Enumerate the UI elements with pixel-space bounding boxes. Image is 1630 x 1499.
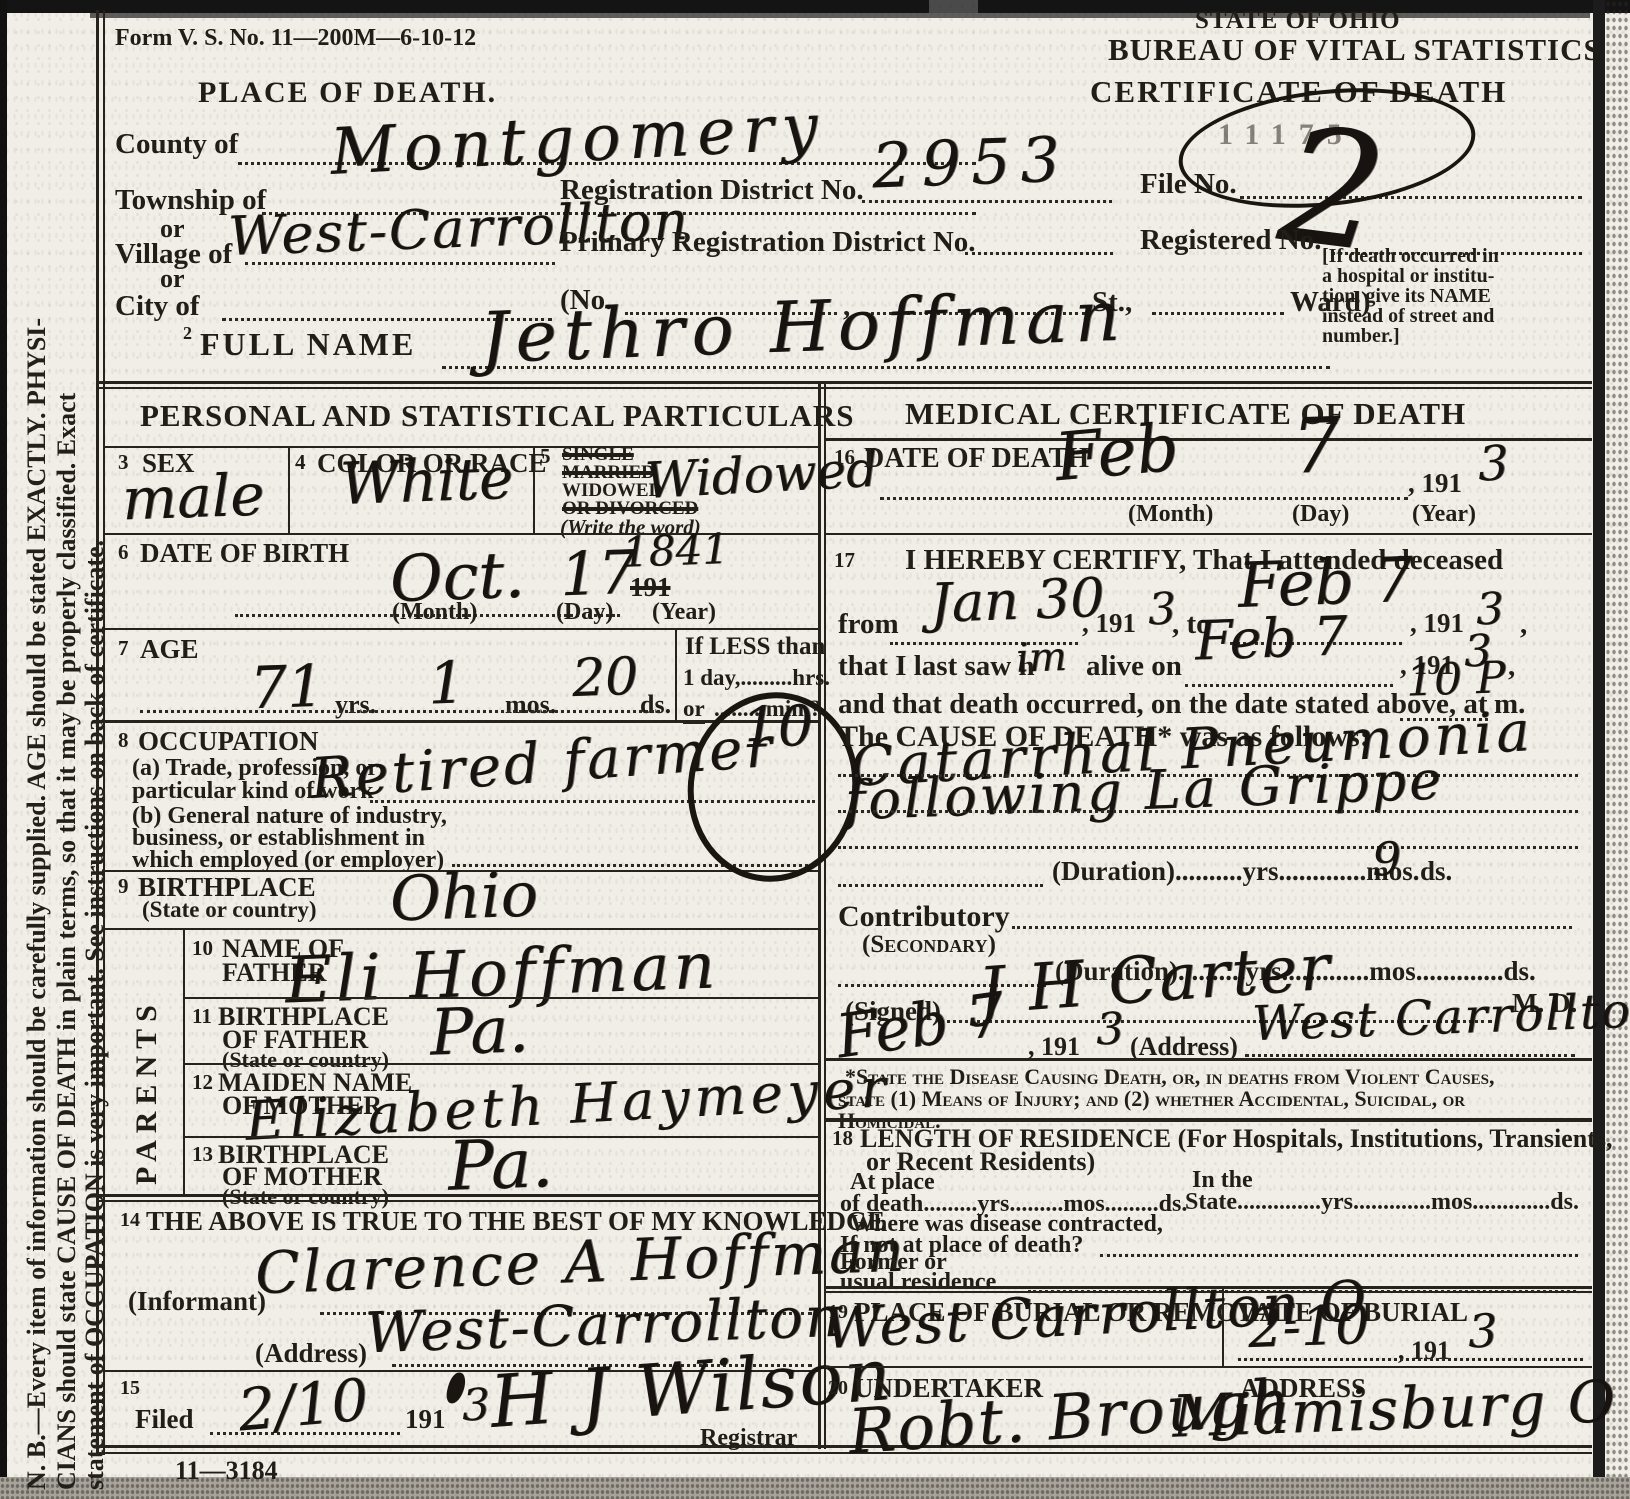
age-less-divider — [675, 628, 677, 720]
dob-row-rule — [104, 628, 818, 630]
contributory-line — [1012, 926, 1572, 929]
contracted-line — [1100, 1254, 1578, 1257]
certify-to-comma: , — [1520, 610, 1527, 639]
attest-number: 14 — [120, 1210, 140, 1230]
form-code: 11—3184 — [175, 1458, 278, 1484]
less-than-line1: If LESS than — [685, 634, 825, 659]
filed-label: Filed — [135, 1406, 194, 1433]
father-name-number: 10 — [192, 938, 213, 959]
form-left-rule-inner — [103, 10, 105, 1455]
dod-number: 16 — [834, 447, 855, 468]
certify-to-year: , 191 — [1410, 610, 1464, 637]
or-label-b: or — [160, 266, 185, 292]
footnote-line1: *State the Disease Causing Death, or, in… — [845, 1066, 1494, 1088]
mother-name-number: 12 — [192, 1072, 213, 1093]
dod-day-value: 7 — [1291, 407, 1342, 485]
filed-year-value: 3 — [461, 1384, 491, 1429]
place-of-death-title: PLACE OF DEATH. — [198, 78, 497, 108]
hospital-note-line2: a hospital or institu- — [1322, 266, 1494, 286]
physician-address-label: (Address) — [1130, 1034, 1238, 1060]
filed-number: 15 — [120, 1378, 140, 1398]
physician-address-value: West Carrollton O — [1251, 984, 1630, 1048]
bureau-title: BUREAU OF VITAL STATISTICS — [1108, 34, 1602, 65]
saw-label-a: that I last saw h — [838, 652, 1035, 681]
parents-divider — [183, 928, 185, 1194]
occupation-label: OCCUPATION — [138, 728, 319, 755]
saw-label-b: alive on — [1086, 652, 1182, 681]
saw-comma: , — [1508, 652, 1515, 681]
hospital-note-line4: instead of street and — [1322, 306, 1494, 326]
in-state-line: State..............yrs.............mos..… — [1185, 1190, 1579, 1214]
parents-bottom-rule — [96, 1194, 818, 1197]
registered-no-label: Registered No. — [1140, 226, 1321, 255]
dob-number: 6 — [118, 542, 129, 563]
race-value: White — [339, 449, 514, 513]
form-number: Form V. S. No. 11—200M—6-10-12 — [115, 26, 476, 50]
dod-month-value: Feb — [1052, 415, 1181, 492]
physician-address-line — [1245, 1054, 1575, 1057]
birthplace-number: 9 — [118, 876, 129, 897]
race-number: 4 — [295, 452, 306, 473]
cause-line2 — [838, 810, 1578, 813]
age-months-value: 1 — [427, 653, 466, 712]
dob-day-caption: (Day) — [556, 600, 613, 624]
hospital-note-line5: number.] — [1322, 326, 1400, 346]
age-months-label: mos. — [505, 692, 556, 718]
dob-year-value: 1841 — [621, 528, 729, 574]
ward-line — [1152, 312, 1284, 315]
dod-year-printed: , 191 — [1408, 470, 1462, 497]
marital-number: 5 — [540, 446, 551, 467]
margin-note-line3: statement of OCCUPATION is very importan… — [80, 540, 110, 1490]
undertaker-address-value: Miamisburg O — [1171, 1372, 1618, 1446]
burial-date-year-value: 3 — [1467, 1308, 1498, 1355]
father-bp-number: 11 — [192, 1006, 212, 1027]
state-title: STATE OF OHIO — [1195, 8, 1401, 33]
duration1-label: (Duration)..........yrs.............mos. — [1052, 858, 1419, 885]
dod-year-caption: (Year) — [1412, 502, 1476, 526]
form-bottom-rule — [96, 1445, 1592, 1448]
header-separator-rule-2 — [96, 387, 1592, 389]
sex-value: male — [121, 466, 265, 529]
saw-line — [1185, 684, 1393, 687]
full-name-number: 2 — [183, 324, 192, 342]
saw-im-value: im — [1015, 637, 1067, 679]
footnote-line2: state (1) Means of Injury; and (2) wheth… — [838, 1088, 1465, 1110]
header-separator-rule — [96, 381, 1592, 384]
age-days-label: ds. — [640, 692, 671, 718]
duration1-lead-line — [838, 884, 1043, 887]
parents-bottom-rule-2 — [96, 1200, 818, 1202]
city-label: City of — [115, 292, 200, 321]
age-years-label: yrs. — [335, 692, 376, 718]
dob-month-caption: (Month) — [392, 600, 477, 624]
sex-race-divider — [288, 446, 290, 533]
age-line — [140, 710, 660, 713]
informant-address-label: (Address) — [255, 1340, 367, 1367]
dod-day-caption: (Day) — [1292, 502, 1349, 526]
burial-date-line — [1238, 1358, 1583, 1361]
residence-number: 18 — [832, 1128, 853, 1149]
signed-year-printed: , 191 — [1028, 1034, 1080, 1060]
scan-right-edge — [1593, 0, 1605, 1499]
birthplace-sub-label: (State or country) — [142, 898, 317, 921]
registrar-label: Registrar — [700, 1426, 797, 1450]
father-bp-value: Pa. — [429, 998, 530, 1065]
informant-label: (Informant) — [128, 1288, 266, 1315]
parents-label: PARENTS — [130, 955, 164, 1185]
hospital-note-line1: [If death occurred in — [1322, 246, 1499, 266]
full-name-value: Jethro Hoffman — [479, 281, 1128, 374]
hospital-note-line3: tion, give its NAME — [1322, 286, 1491, 306]
secondary-label: (Secondary) — [862, 932, 996, 957]
certify-number: 17 — [834, 550, 855, 571]
signed-row-rule — [825, 1058, 1592, 1061]
dod-year-value: 3 — [1477, 439, 1509, 488]
age-number: 7 — [118, 638, 129, 659]
dob-label: DATE OF BIRTH — [140, 540, 349, 567]
cause-line3 — [838, 846, 1578, 849]
circled-10-value: 10 — [741, 699, 814, 757]
age-days-value: 20 — [571, 651, 639, 705]
dob-year-printed: 191 — [630, 574, 671, 601]
full-name-label: FULL NAME — [200, 328, 416, 360]
duration1-days-value: 9 — [1371, 836, 1402, 883]
filed-year-printed: 191 — [405, 1406, 446, 1433]
mother-bp-label3: (State or country) — [222, 1186, 389, 1208]
duration1-ds-label: ds. — [1420, 858, 1452, 885]
contributory-label: Contributory — [838, 902, 1010, 932]
certify-from-value: Jan 30 — [929, 571, 1105, 631]
certify-from-year: , 191 — [1082, 610, 1136, 637]
margin-note-line2: CIANS should state CAUSE OF DEATH in pla… — [52, 393, 82, 1490]
dob-year-caption: (Year) — [652, 600, 716, 624]
county-label: County of — [115, 130, 238, 159]
birthplace-value: Ohio — [389, 863, 539, 930]
less-than-line2: 1 day,.........hrs. — [683, 666, 830, 689]
reg-district-value: 2953 — [871, 129, 1071, 198]
death-certificate-scan: N. B.—Every item of information should b… — [0, 0, 1630, 1499]
primary-reg-label: Primary Registration District No. — [560, 228, 976, 257]
form-left-rule-outer — [96, 10, 99, 1455]
medical-title: MEDICAL CERTIFICATE OF DEATH — [905, 398, 1466, 429]
form-bottom-rule-2 — [96, 1452, 1592, 1454]
primary-reg-line — [965, 252, 1113, 255]
mother-bp-value: Pa. — [447, 1130, 554, 1202]
occurred-time-value: 10 P — [1405, 656, 1506, 703]
scan-left-edge — [0, 0, 7, 1499]
saw-date-value: Feb 7 — [1194, 609, 1348, 668]
certify-from-label: from — [838, 610, 899, 639]
occupation-number: 8 — [118, 730, 129, 751]
dod-line — [880, 497, 1408, 500]
age-label: AGE — [140, 636, 199, 663]
footnote-rule — [825, 1118, 1592, 1122]
filed-date-value: 2/10 — [236, 1370, 371, 1439]
scan-right-speckle — [1605, 0, 1630, 1499]
personal-title: PERSONAL AND STATISTICAL PARTICULARS — [140, 400, 855, 431]
dod-row-rule — [825, 533, 1592, 535]
age-years-value: 71 — [249, 657, 325, 718]
burial-date-value: 2-10 — [1247, 1298, 1370, 1356]
signed-year-value: 3 — [1095, 1008, 1125, 1053]
burial-row-rule — [825, 1366, 1592, 1368]
mother-bp-number: 13 — [192, 1144, 213, 1165]
margin-note-line1: N. B.—Every item of information should b… — [22, 318, 52, 1490]
dod-month-caption: (Month) — [1128, 502, 1213, 526]
